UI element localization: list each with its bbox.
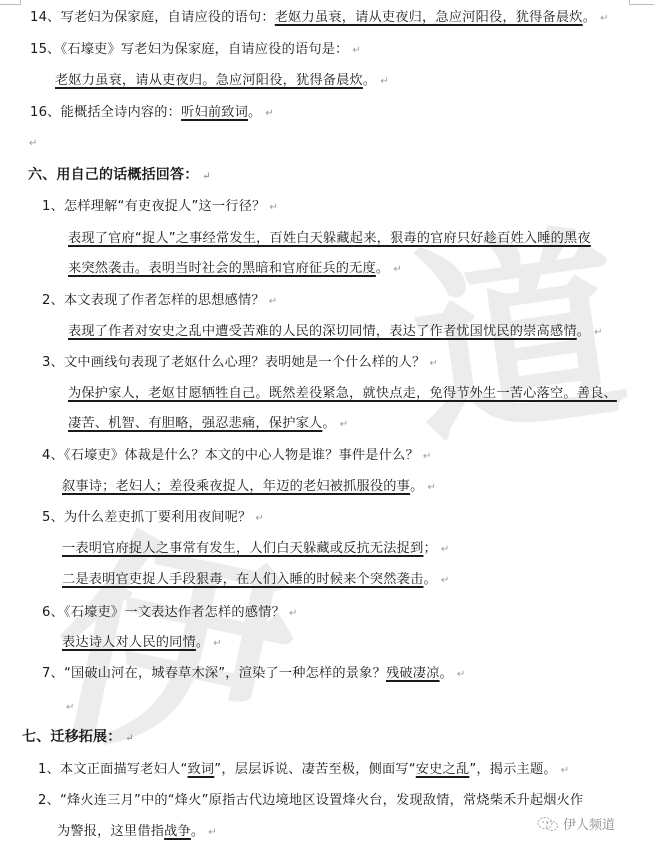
item-15-answer: 老妪力虽衰，请从吏夜归。急应河阳役，犹得备晨炊。↵ [55,72,389,91]
margin-corner-mark [629,0,654,5]
section-7-heading: 七、迁移拓展：↵ [22,728,134,748]
extension-1: 1、本文正面描写老妇人“致词”，层层诉说、凄苦至极，侧面写“安史之乱”，揭示主题… [38,761,569,780]
question-4: 4、《石壕吏》体裁是什么？本文的中心人物是谁？事件是什么？↵ [42,447,431,466]
question-3: 3、文中画线句表现了老妪什么心理？表明她是一个什么样的人？↵ [42,354,438,373]
empty-paragraph: ↵ [25,134,38,153]
question-5: 5、为什么差吏抓丁要利用夜间呢？↵ [42,509,264,528]
question-7: 7、“国破山河在，城春草木深”，渲染了一种怎样的景象？残破凄凉。↵ [42,665,466,684]
item-16: 16、能概括全诗内容的：听妇前致词。↵ [30,104,274,123]
brand-label: 伊人频道 [563,814,615,833]
answer: 老妪力虽衰，请从吏夜归。急应河阳役，犹得备晨炊 [55,73,363,88]
answer-5-line-2: 二是表明官吏捉人手段狠毒，在人们入睡的时候来个突然袭击。↵ [62,571,449,590]
answer: 老妪力虽衰，请从吏夜归，急应河阳役，犹得备晨炊 [275,10,583,25]
question-1: 1、怎样理解“有吏夜捉人”这一行径？↵ [42,198,278,217]
question-2: 2、本文表现了作者怎样的思想感情？↵ [42,292,277,311]
item-15: 15、《石壕吏》写老妇为保家庭，自请应役的语句是：↵ [30,41,361,60]
answer-1-line-2: 来突然袭击。表明当时社会的黑暗和官府征兵的无度。↵ [68,260,402,279]
answer-2: 表现了作者对安史之乱中遭受苦难的人民的深切同情，表达了作者忧国忧民的崇高感情。↵ [68,323,603,342]
extension-2-line-1: 2、“烽火连三月”中的“烽火”原指古代边境地区设置烽火台，发现敌情，常烧柴禾升起… [38,792,583,810]
document-page: 道 伊 14、写老妇为保家庭，自请应役的语句：老妪力虽衰，请从吏夜归，急应河阳役… [0,0,654,843]
answer-6: 表达诗人对人民的同情。↵ [62,634,222,653]
brand-watermark: 伊人频道 [537,814,615,833]
margin-corner-mark [0,0,21,5]
paragraph-mark: ↵ [600,13,609,24]
answer-3-line-2: 凄苦、机智、有胆略，强忍悲痛，保护家人。↵ [68,415,348,434]
item-14: 14、写老妇为保家庭，自请应役的语句：老妪力虽衰，请从吏夜归，急应河阳役，犹得备… [30,9,609,28]
empty-paragraph: ↵ [62,698,75,717]
watermark: 道 [390,157,640,485]
section-6-heading: 六、用自己的话概括回答：↵ [28,166,211,186]
paragraph-mark: ↵ [265,108,274,119]
answer-1-line-1: 表现了官府“捉人”之事经常发生，百姓白天躲藏起来，狠毒的官府只好趁百姓入睡的黑夜 [68,230,591,248]
answer-5-line-1: 一表明官府捉人之事常有发生，人们白天躲藏或反抗无法捉到；↵ [62,540,449,559]
answer-4: 叙事诗；老妇人；差役乘夜捉人，年迈的老妇被抓服役的事。↵ [62,478,436,497]
extension-2-line-2: 为警报，这里借指战争。↵ [57,823,217,842]
paragraph-mark: ↵ [380,76,389,87]
answer-3-line-1: 为保护家人，老妪甘愿牺牲自己。既然差役紧急，就快点走，免得节外生一苦心落空。善良… [68,385,617,403]
wechat-icon [537,816,559,832]
paragraph-mark: ↵ [353,45,362,56]
answer: 听妇前致词 [181,105,248,120]
question-6: 6、《石壕吏》一文表达作者怎样的感情？↵ [42,604,298,623]
